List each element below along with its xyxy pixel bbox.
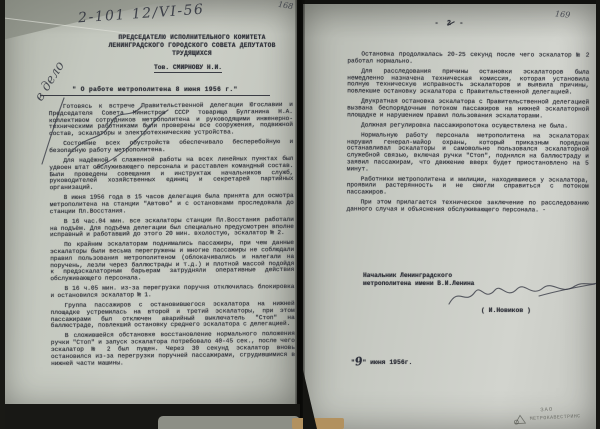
paragraph: Остановка продолжалась 20-25 секунд посл… (347, 51, 589, 66)
watermark-name: МЕТРОКАВЕСТРИНС (530, 413, 581, 422)
date-line: "9" июня 1956г. (351, 354, 412, 367)
signature-ink-icon (443, 276, 600, 310)
page-gutter-shadow (295, 0, 305, 429)
archive-watermark: ЗАО МЕТРОКАВЕСТРИНС (505, 404, 590, 425)
paragraph: Двукратная остановка эскалатора с Правит… (347, 99, 589, 121)
document-scan: 2-101 12/VI-56 168 в дело ПРЕДСЕДАТЕЛЮ И… (0, 0, 600, 429)
paragraph: В 16 ч.05 мин. из-за перегрузки поручня … (50, 284, 294, 300)
folio-number: 169 (555, 9, 571, 20)
paragraph: При этом прилагается техническое заключе… (347, 200, 589, 215)
paragraph: Должная регулировка пассажиропотока осущ… (347, 122, 589, 130)
scan-edge-left (0, 0, 5, 429)
body-text: Остановка продолжалась 20-25 секунд посл… (347, 51, 590, 217)
paragraph: 8 июня 1956 года в 15 часов делегация бы… (50, 193, 294, 216)
paragraph: Работники метрополитена и милиции, наход… (347, 176, 589, 198)
page-number: - 2 - (303, 20, 597, 28)
scanner-strip (158, 416, 300, 429)
recipient-line: ПРЕДСЕДАТЕЛЮ ИСПОЛНИТЕЛЬНОГО КОМИТЕТА (88, 34, 296, 42)
recipient-line: ТРУДЯЩИХСЯ (88, 50, 296, 58)
paragraph: Для расследования причины остановки эска… (347, 68, 589, 96)
paragraph: Нормальную работу персонала метрополитен… (347, 132, 589, 174)
addressee-line: Тов. СМИРНОВУ Н.И. (154, 64, 222, 73)
scan-edge-right (596, 0, 600, 429)
tape-fragment (292, 418, 344, 429)
paragraph: Группа пассажиров с остановившегося эска… (51, 301, 295, 330)
signer-name: ( И.Новиков ) (481, 307, 531, 314)
page-left: 2-101 12/VI-56 168 в дело ПРЕДСЕДАТЕЛЮ И… (2, 0, 297, 408)
handwritten-day: 9 (354, 355, 363, 369)
watermark-logo-icon (513, 414, 528, 425)
paragraph: В сложившейся обстановке восстановление … (51, 331, 295, 367)
recipient-block: ПРЕДСЕДАТЕЛЮ ИСПОЛНИТЕЛЬНОГО КОМИТЕТА ЛЕ… (88, 34, 296, 59)
paragraph: В 16 час.04 мин. все эскалаторы станции … (50, 217, 294, 240)
paragraph: По крайним эскалаторам поднимались пасса… (50, 240, 294, 283)
page-right: 169 - 2 - Остановка продолжалась 20-25 с… (303, 4, 597, 429)
handwritten-scrawl-icon (38, 92, 188, 172)
